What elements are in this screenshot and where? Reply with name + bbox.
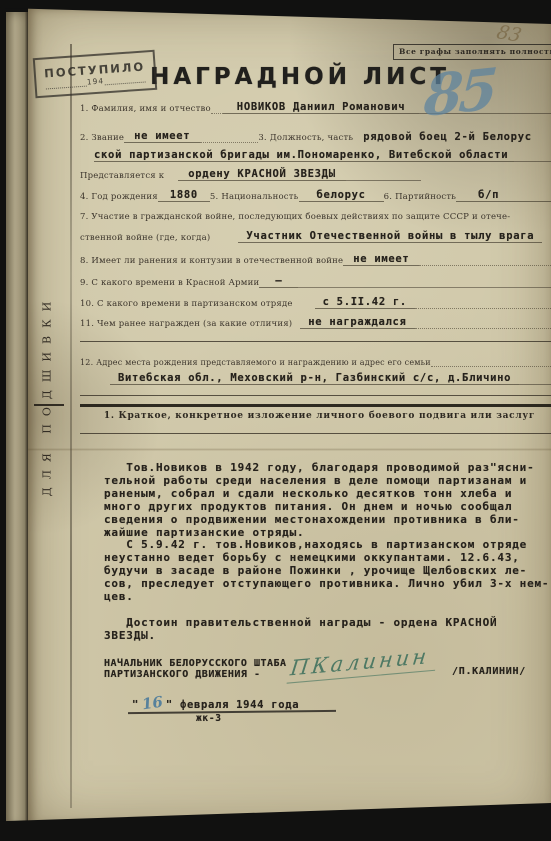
date-open-quote: " xyxy=(132,699,139,711)
field-11-row: 11. Чем ранее награжден (за какие отличи… xyxy=(80,313,551,329)
field-3-value-continued: ской партизанской бригады им.Пономаренко… xyxy=(94,149,514,162)
fields-4-5-6-row: 4. Год рождения 1880 5. Национальность б… xyxy=(80,186,551,202)
scanned-award-document: { "header": { "stamp_line1": "ПОСТУПИЛО"… xyxy=(0,0,551,841)
field-2-value: не имеет xyxy=(124,130,200,143)
field-12-value-row: Витебская обл., Меховский р-н, Газбински… xyxy=(80,369,551,385)
field-6-value: б/п xyxy=(456,189,551,202)
dotted-filler xyxy=(211,113,223,114)
citation-section-header: 1. Краткое, конкретное изложение личного… xyxy=(80,411,551,421)
presented-for-label: Представляется к xyxy=(80,171,164,181)
date-text: " февраля 1944 года xyxy=(166,699,299,711)
fold-crease-horizontal xyxy=(28,448,551,451)
field-11-value: не награждался xyxy=(300,316,414,329)
dotted-filler xyxy=(415,328,551,329)
section-divider-thick xyxy=(80,404,551,407)
margin-dash xyxy=(34,404,64,406)
binding-margin-note: ДЛЯ ПОДШИВКИ xyxy=(41,294,54,496)
blank-rule-line xyxy=(80,395,551,396)
field-7-value-row: ственной войне (где, когда) Участник Оте… xyxy=(80,227,551,243)
signer-position-line1: НАЧАЛЬНИК БЕЛОРУССКОГО ШТАБА xyxy=(104,658,287,669)
adjacent-page-edge xyxy=(6,12,28,828)
field-10-value: с 5.II.42 г. xyxy=(315,296,415,309)
date-line: " 16 " февраля 1944 года xyxy=(132,694,299,712)
signer-position-line2: ПАРТИЗАНСКОГО ДВИЖЕНИЯ - xyxy=(104,669,261,680)
field-9-value: — xyxy=(259,275,298,288)
rule-filler xyxy=(298,287,551,288)
field-11-label: 11. Чем ранее награжден (за какие отличи… xyxy=(80,319,292,329)
dotted-filler xyxy=(419,265,551,266)
dotted-filler xyxy=(431,366,551,367)
field-9-label: 9. С какого времени в Красной Армии xyxy=(80,278,259,288)
field-1-value: НОВИКОВ Даниил Романович xyxy=(223,101,420,114)
section-header-underline xyxy=(80,433,551,434)
stamp-dotted-line xyxy=(45,78,87,89)
form-code: жк-3 xyxy=(196,713,222,724)
field-5-value: белорус xyxy=(299,189,384,202)
field-7-label-row: 7. Участие в гражданской войне, последую… xyxy=(80,206,551,222)
received-stamp: ПОСТУПИЛО 194 xyxy=(33,50,157,98)
field-8-value: не имеет xyxy=(343,253,419,266)
field-6-label: 6. Партийность xyxy=(384,192,456,202)
page-number-blue-ink: 85 xyxy=(422,56,496,130)
presented-for-value: ордену КРАСНОЙ ЗВЕЗДЫ xyxy=(178,168,345,181)
field-10-label: 10. С какого времени в партизанском отря… xyxy=(80,299,293,309)
field-1-label: 1. Фамилия, имя и отчество xyxy=(80,104,211,114)
citation-text: Тов.Новиков в 1942 году, благодаря прово… xyxy=(104,462,551,643)
rule-filler xyxy=(519,384,551,385)
field-4-label: 4. Год рождения xyxy=(80,192,158,202)
field-3-continuation-row: ской партизанской бригады им.Пономаренко… xyxy=(80,146,551,162)
dotted-filler xyxy=(415,308,551,309)
stamp-year: 194 xyxy=(87,76,105,86)
field-3-label: 3. Должность, часть xyxy=(258,133,353,143)
rule-filler xyxy=(346,180,421,181)
stamp-dotted-line xyxy=(104,74,146,85)
field-4-value: 1880 xyxy=(158,189,210,202)
blank-rule-line xyxy=(80,341,551,342)
field-7-label-line1: 7. Участие в гражданской войне, последую… xyxy=(80,212,510,222)
signer-typed-name: /П.КАЛИНИН/ xyxy=(452,666,526,677)
field-7-value: Участник Отечественной войны в тылу враг… xyxy=(238,230,542,243)
field-12-value: Витебская обл., Меховский р-н, Газбински… xyxy=(110,372,519,385)
field-12-label: 12. Адрес места рождения представляемого… xyxy=(80,358,431,367)
field-8-row: 8. Имеет ли ранения и контузии в отечест… xyxy=(80,250,551,266)
field-10-row: 10. С какого времени в партизанском отря… xyxy=(80,293,551,309)
field-8-label: 8. Имеет ли ранения и контузии в отечест… xyxy=(80,256,343,266)
document-title: НАГРАДНОЙ ЛИСТ xyxy=(150,64,450,90)
field-2-3-row: 2. Звание не имеет 3. Должность, часть р… xyxy=(80,127,551,143)
dotted-filler xyxy=(200,142,258,143)
rule-filler xyxy=(514,161,551,162)
fold-crease-vertical xyxy=(70,44,72,808)
field-5-label: 5. Национальность xyxy=(210,192,299,202)
field-3-value: рядовой боец 2-й Белорус xyxy=(353,131,532,143)
handwritten-day: 16 xyxy=(141,693,164,714)
presented-for-row: Представляется к ордену КРАСНОЙ ЗВЕЗДЫ xyxy=(80,165,421,181)
field-7-label-line2: ственной войне (где, когда) xyxy=(80,233,210,243)
field-9-row: 9. С какого времени в Красной Армии — xyxy=(80,272,551,288)
field-2-label: 2. Звание xyxy=(80,133,124,143)
field-12-label-row: 12. Адрес места рождения представляемого… xyxy=(80,351,551,367)
